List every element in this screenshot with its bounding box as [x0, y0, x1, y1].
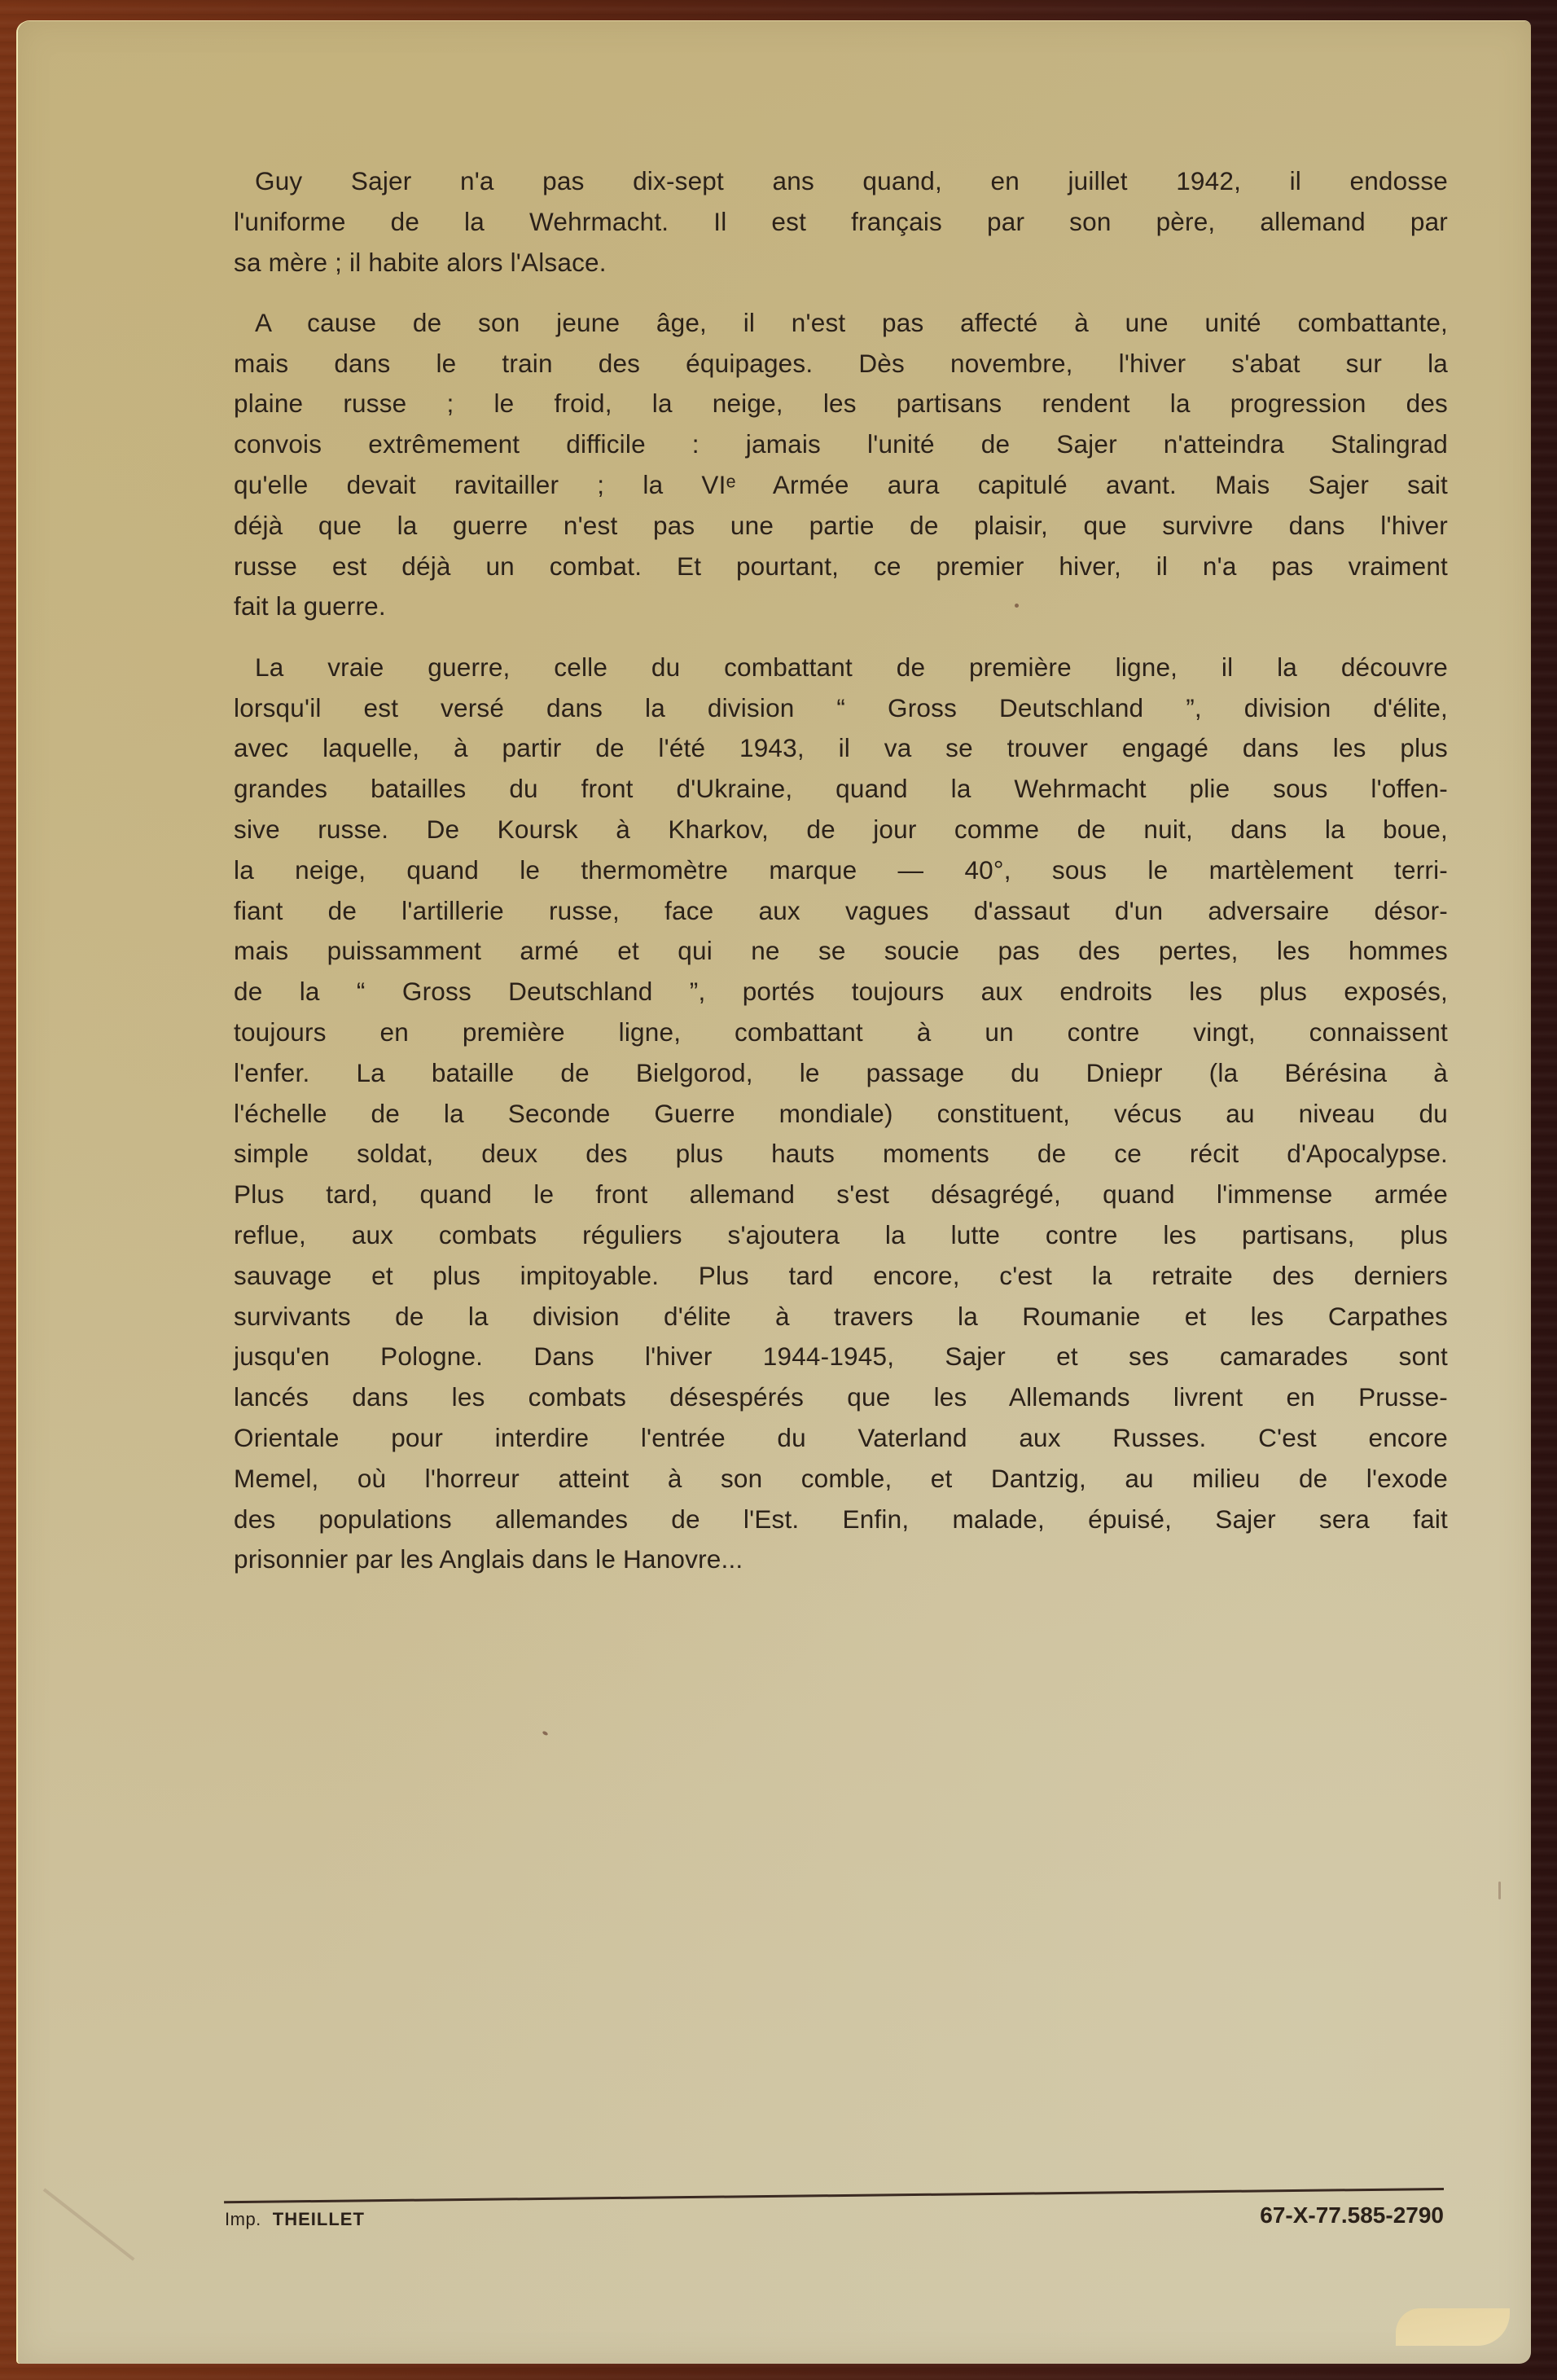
text-line: fiant de l'artillerie russe, face aux va…: [234, 891, 1448, 932]
blurb-text: Guy Sajer n'a pas dix-sept ans quand, en…: [234, 161, 1448, 1601]
text-line: Plus tard, quand le front allemand s'est…: [234, 1175, 1448, 1215]
text-line: Orientale pour interdire l'entrée du Vat…: [234, 1418, 1448, 1459]
cover-crease: [43, 2188, 135, 2260]
text-line: déjà que la guerre n'est pas une partie …: [234, 506, 1448, 547]
text-line: la neige, quand le thermomètre marque — …: [234, 850, 1448, 891]
text-line: plaine russe ; le froid, la neige, les p…: [234, 384, 1448, 424]
paragraph-3: La vraie guerre, celle du combattant de …: [234, 648, 1448, 1580]
text-line: mais dans le train des équipages. Dès no…: [234, 344, 1448, 384]
text-line: sauvage et plus impitoyable. Plus tard e…: [234, 1256, 1448, 1297]
text-line: simple soldat, deux des plus hauts momen…: [234, 1134, 1448, 1175]
text-line: survivants de la division d'élite à trav…: [234, 1297, 1448, 1337]
text-line: grandes batailles du front d'Ukraine, qu…: [234, 769, 1448, 810]
text-line: sa mère ; il habite alors l'Alsace.: [234, 243, 1448, 283]
paper-scuff: [1498, 1882, 1501, 1899]
text-line: A cause de son jeune âge, il n'est pas a…: [234, 303, 1448, 344]
text-line: fait la guerre.: [234, 586, 1448, 627]
reference-number: 67-X-77.585-2790: [1260, 2202, 1444, 2229]
text-line: Memel, où l'horreur atteint à son comble…: [234, 1459, 1448, 1500]
worn-corner: [1396, 2308, 1510, 2346]
text-line: l'uniforme de la Wehrmacht. Il est franç…: [234, 202, 1448, 243]
text-line: La vraie guerre, celle du combattant de …: [234, 648, 1448, 688]
paper-speck: [1015, 604, 1019, 608]
text-line: jusqu'en Pologne. Dans l'hiver 1944-1945…: [234, 1337, 1448, 1377]
text-line: avec laquelle, à partir de l'été 1943, i…: [234, 728, 1448, 769]
text-line: des populations allemandes de l'Est. Enf…: [234, 1500, 1448, 1540]
printer-imprint: Imp.THEILLET: [225, 2209, 365, 2230]
paragraph-2: A cause de son jeune âge, il n'est pas a…: [234, 303, 1448, 627]
printer-name: THEILLET: [273, 2209, 365, 2229]
text-line: l'enfer. La bataille de Bielgorod, le pa…: [234, 1053, 1448, 1094]
text-line: reflue, aux combats réguliers s'ajoutera…: [234, 1215, 1448, 1256]
text-line: l'échelle de la Seconde Guerre mondiale)…: [234, 1094, 1448, 1135]
text-line: lancés dans les combats désespérés que l…: [234, 1377, 1448, 1418]
text-line: lorsqu'il est versé dans la division “ G…: [234, 688, 1448, 729]
text-line: mais puissamment armé et qui ne se souci…: [234, 931, 1448, 972]
text-line: toujours en première ligne, combattant à…: [234, 1012, 1448, 1053]
text-line: convois extrêmement difficile : jamais l…: [234, 424, 1448, 465]
paragraph-1: Guy Sajer n'a pas dix-sept ans quand, en…: [234, 161, 1448, 283]
text-line: sive russe. De Koursk à Kharkov, de jour…: [234, 810, 1448, 850]
imprint-label: Imp.: [225, 2209, 261, 2229]
text-line: russe est déjà un combat. Et pourtant, c…: [234, 547, 1448, 587]
text-line: Guy Sajer n'a pas dix-sept ans quand, en…: [234, 161, 1448, 202]
text-line: de la “ Gross Deutschland ”, portés touj…: [234, 972, 1448, 1012]
text-line: prisonnier par les Anglais dans le Hanov…: [234, 1539, 1448, 1580]
text-line: qu'elle devait ravitailler ; la VIᵉ Armé…: [234, 465, 1448, 506]
